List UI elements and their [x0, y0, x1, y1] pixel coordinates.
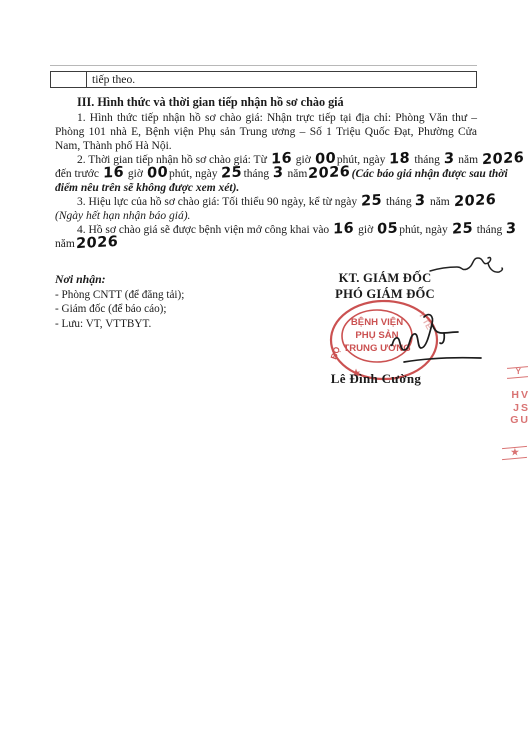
fragment-letter-row: JS [513, 403, 530, 414]
document-body: III. Hình thức và thời gian tiếp nhận hồ… [55, 95, 477, 251]
recipient-item: - Phòng CNTT (để đăng tải); [55, 289, 285, 303]
section-heading: III. Hình thức và thời gian tiếp nhận hồ… [55, 95, 477, 110]
handwritten-value: 25 [451, 223, 474, 234]
fragment-letter-row: GU [510, 415, 530, 426]
table-top-rule [50, 65, 477, 66]
handwritten-value: 16 [332, 223, 355, 234]
recipients-title: Nơi nhận: [55, 273, 285, 286]
text-segment: Phòng 101 nhà E, Bệnh viện Phụ sản Trung… [55, 126, 477, 138]
signature-ink [388, 302, 523, 368]
text-segment: tháng [383, 196, 414, 208]
handwritten-value: 2026 [453, 195, 497, 207]
signer-name: Lê Đình Cường [296, 371, 456, 387]
text-segment: năm [285, 168, 308, 180]
text-segment: giờ [355, 224, 376, 236]
text-segment: năm [427, 196, 453, 208]
text-segment: tháng [474, 224, 505, 236]
handwritten-value: 3 [443, 154, 456, 165]
handwritten-value: 05 [376, 223, 399, 234]
paraph-ink [428, 252, 506, 280]
text-line: 4. Hồ sơ chào giá sẽ được bệnh viện mở c… [55, 223, 477, 237]
table-cell-text: tiếp theo. [92, 72, 135, 87]
text-segment: 3. Hiệu lực của hồ sơ chào giá: Tối thiể… [77, 196, 360, 208]
text-segment: phút, ngày [169, 168, 220, 180]
text-segment: giờ [125, 168, 146, 180]
recipients-list: - Phòng CNTT (để đăng tải);- Giám đốc (đ… [55, 289, 285, 331]
paragraph: 1. Hình thức tiếp nhận hồ sơ chào giá: N… [55, 111, 477, 153]
handwritten-value: 2026 [481, 153, 525, 165]
handwritten-value: 00 [146, 167, 169, 178]
continuation-table: tiếp theo. [50, 65, 477, 88]
handwritten-value: 16 [270, 153, 293, 164]
recipients-block: Nơi nhận: - Phòng CNTT (để đăng tải);- G… [55, 273, 285, 331]
handwritten-value: 25 [360, 195, 383, 206]
text-segment: Nam, Thành phố Hà Nội. [55, 140, 172, 152]
paragraphs-container: 1. Hình thức tiếp nhận hồ sơ chào giá: N… [55, 111, 477, 251]
text-segment: điểm nêu trên sẽ không được xem xét). [55, 182, 239, 194]
table-row: tiếp theo. [50, 71, 477, 88]
text-segment: năm [455, 154, 481, 166]
paragraph: 2. Thời gian tiếp nhận hồ sơ chào giá: T… [55, 153, 477, 195]
edge-stamp-fragment: Y HVJSGU ★ [500, 363, 530, 473]
handwritten-value: 25 [220, 167, 243, 178]
handwritten-value: 3 [414, 196, 427, 207]
text-segment: giờ [293, 154, 314, 166]
fragment-arc-line [502, 457, 527, 460]
fragment-arc-line [507, 376, 528, 379]
text-line: điểm nêu trên sẽ không được xem xét). [55, 181, 477, 195]
recipient-item: - Lưu: VT, VTTBYT. [55, 318, 285, 332]
text-segment: tháng [411, 154, 442, 166]
text-segment: tháng [244, 168, 272, 180]
table-column-divider [86, 72, 87, 87]
text-segment: (Ngày hết hạn nhận báo giá). [55, 210, 190, 222]
paragraph: 4. Hồ sơ chào giá sẽ được bệnh viện mở c… [55, 223, 477, 251]
handwritten-value: 3 [272, 168, 285, 179]
handwritten-value: 2026 [307, 167, 351, 179]
paragraph: 3. Hiệu lực của hồ sơ chào giá: Tối thiể… [55, 195, 477, 223]
text-line: đến trước 16 giờ 00phút, ngày 25tháng 3 … [55, 167, 477, 181]
fragment-letter-top: Y [516, 367, 521, 376]
text-segment: 1. Hình thức tiếp nhận hồ sơ chào giá: N… [77, 112, 477, 124]
fragment-star: ★ [511, 447, 519, 458]
handwritten-value: 3 [505, 224, 518, 235]
text-line: (Ngày hết hạn nhận báo giá). [55, 209, 477, 223]
text-line: Phòng 101 nhà E, Bệnh viện Phụ sản Trung… [55, 125, 477, 139]
handwritten-value: 16 [102, 167, 125, 178]
text-line: 1. Hình thức tiếp nhận hồ sơ chào giá: N… [55, 111, 477, 125]
text-segment: năm [55, 238, 75, 250]
text-line: 3. Hiệu lực của hồ sơ chào giá: Tối thiể… [55, 195, 477, 209]
text-segment: đến trước [55, 168, 102, 180]
text-line: Nam, Thành phố Hà Nội. [55, 139, 477, 153]
text-segment: phút, ngày [399, 224, 450, 236]
handwritten-value: 18 [388, 153, 411, 164]
stamp-rim-left-text: BỘ [327, 345, 342, 361]
fragment-letter-row: HV [511, 390, 530, 401]
scanned-document-page: tiếp theo. III. Hình thức và thời gian t… [0, 0, 530, 749]
recipient-item: - Giám đốc (để báo cáo); [55, 303, 285, 317]
text-line: năm2026 [55, 237, 477, 251]
text-segment: (Các báo giá nhận được sau thời [352, 168, 508, 180]
handwritten-value: 00 [314, 153, 337, 164]
handwritten-value: 2026 [75, 237, 119, 249]
